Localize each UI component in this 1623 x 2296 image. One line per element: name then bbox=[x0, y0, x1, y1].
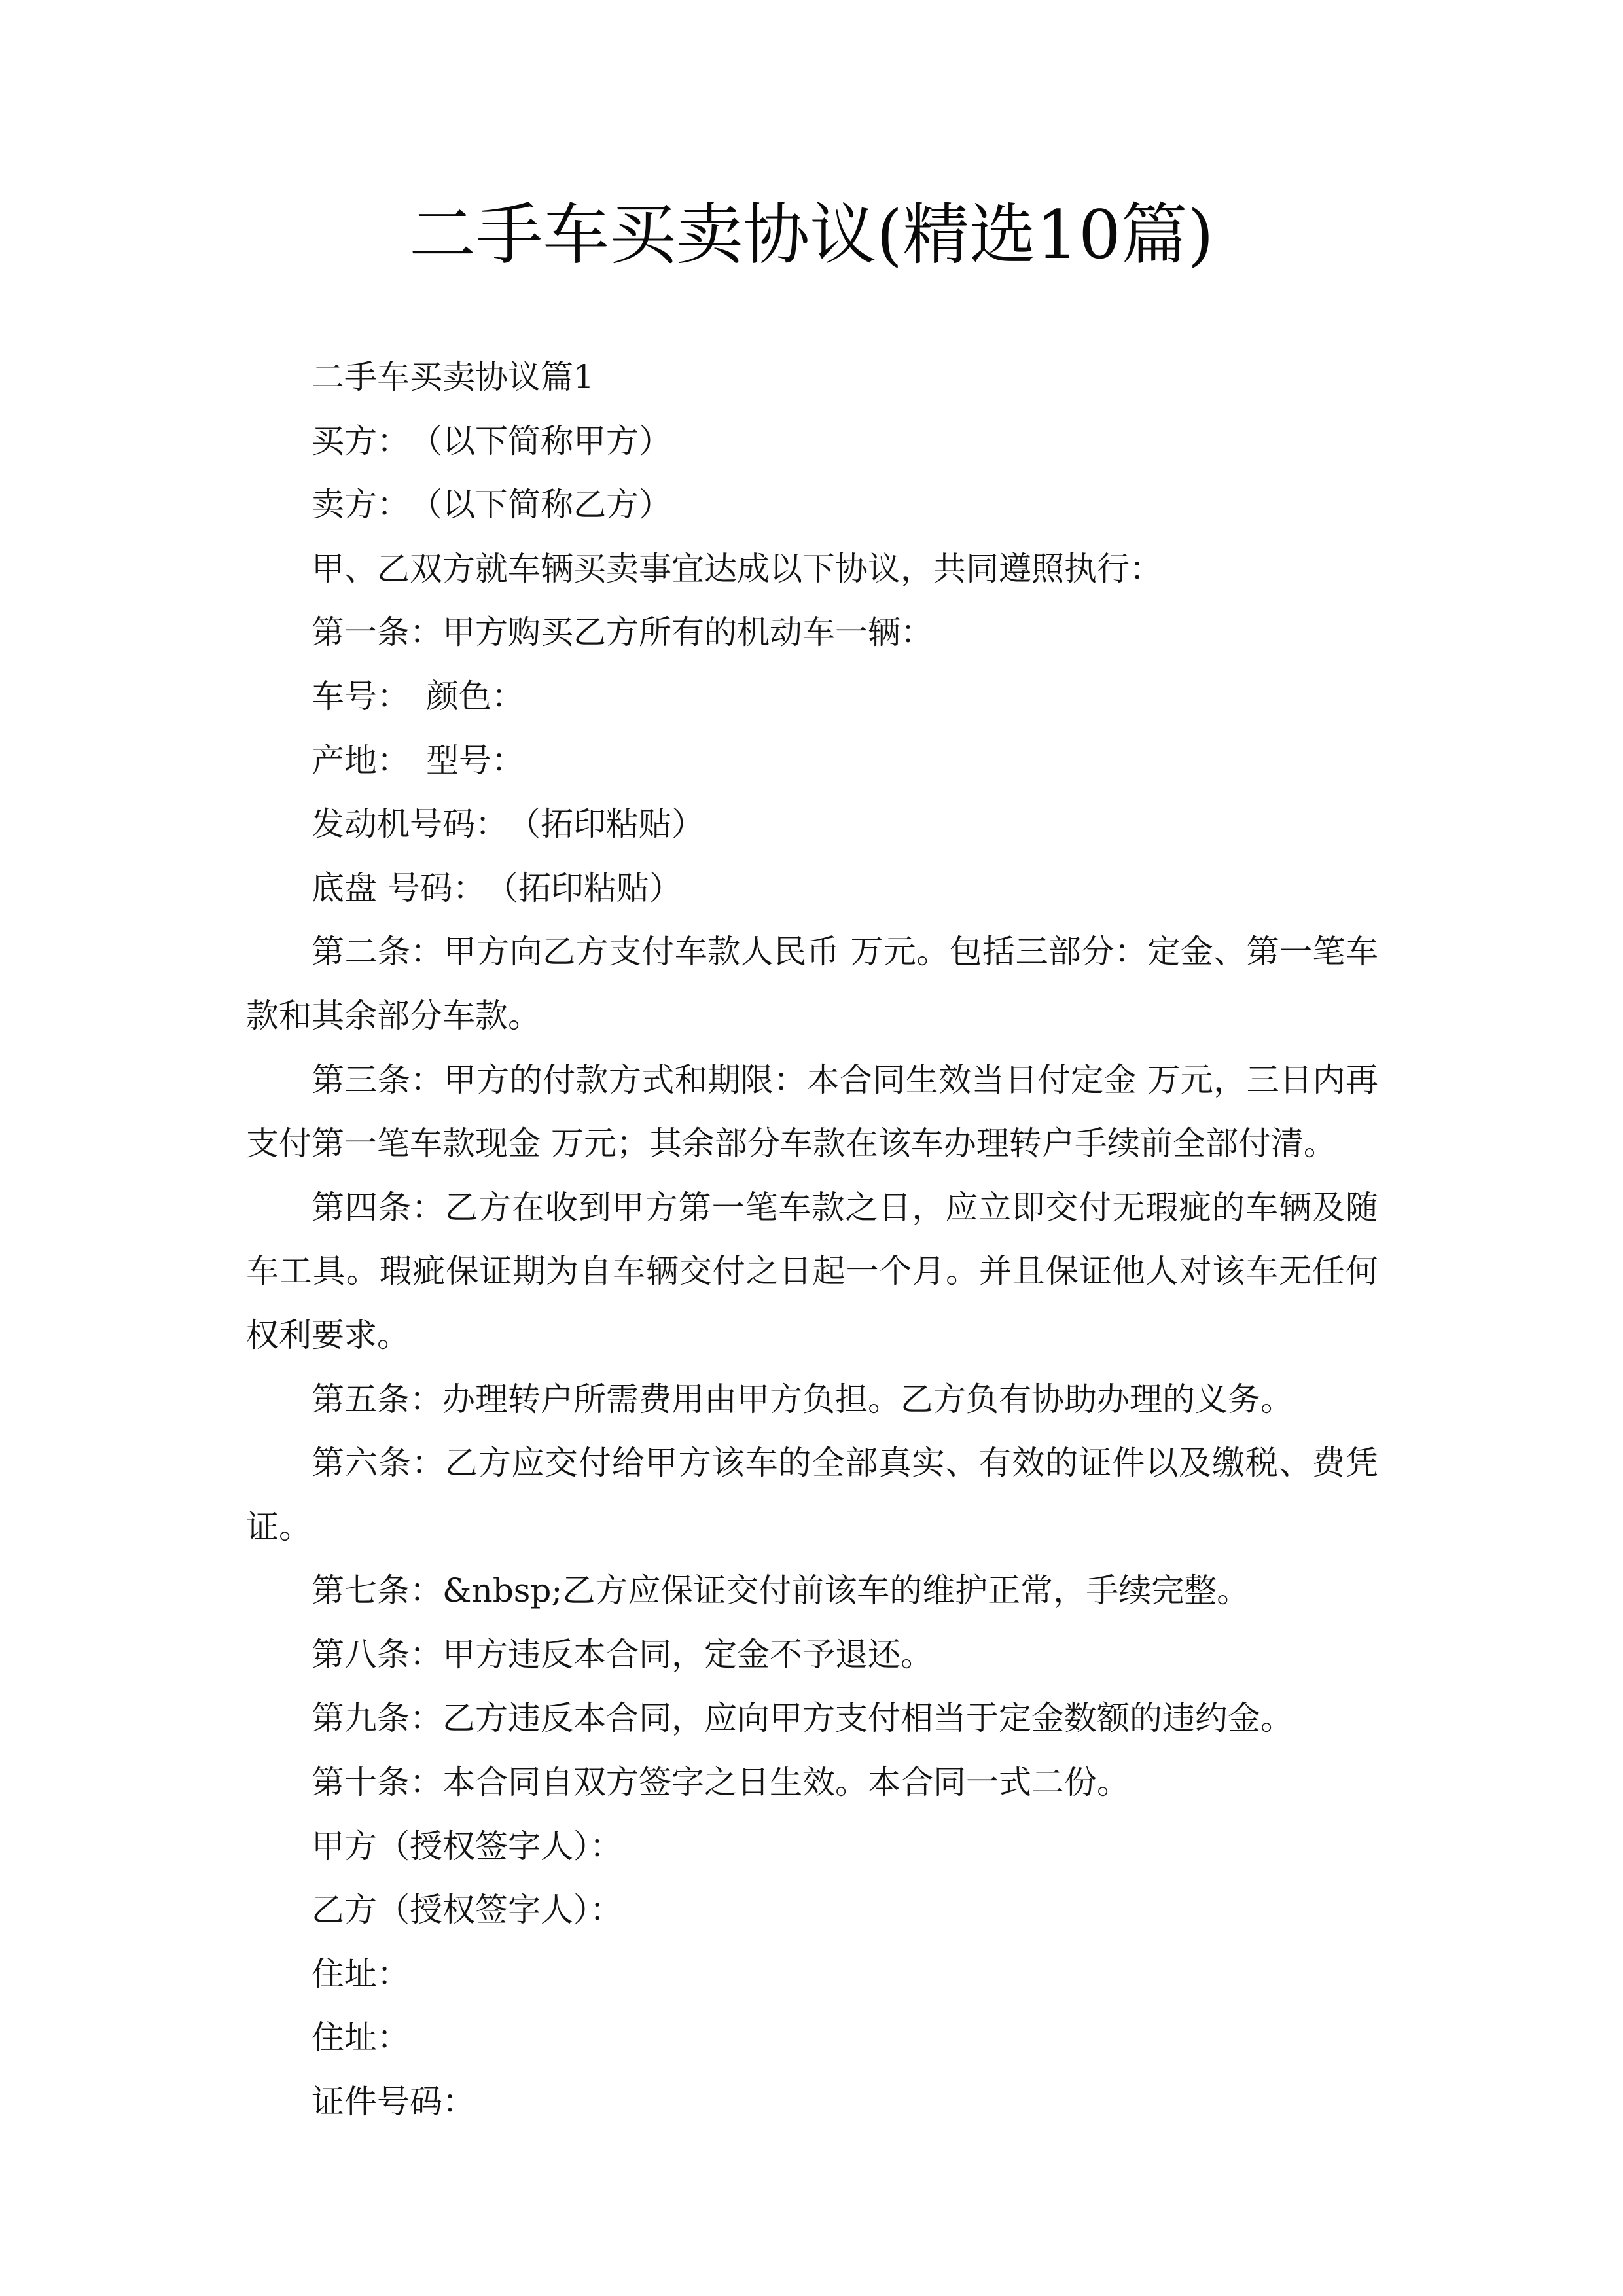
document-page: 二手车买卖协议(精选10篇) 二手车买卖协议篇1 买方： （以下简称甲方） 卖方… bbox=[0, 0, 1623, 2296]
engine-number-line: 发动机号码： （拓印粘贴） bbox=[246, 793, 1378, 857]
buyer-line: 买方： （以下简称甲方） bbox=[246, 410, 1378, 474]
origin-model-line: 产地： 型号： bbox=[246, 729, 1378, 793]
article-5: 第五条：办理转户所需费用由甲方负担。乙方负有协助办理的义务。 bbox=[246, 1368, 1378, 1432]
article-1: 第一条：甲方购买乙方所有的机动车一辆： bbox=[246, 601, 1378, 665]
address-line-2: 住址： bbox=[246, 2006, 1378, 2070]
article-3: 第三条：甲方的付款方式和期限：本合同生效当日付定金 万元，三日内再支付第一笔车款… bbox=[246, 1049, 1378, 1176]
article-6: 第六条：乙方应交付给甲方该车的全部真实、有效的证件以及缴税、费凭证。 bbox=[246, 1431, 1378, 1559]
party-a-signature-line: 甲方（授权签字人）： bbox=[246, 1815, 1378, 1879]
article-10: 第十条：本合同自双方签字之日生效。本合同一式二份。 bbox=[246, 1751, 1378, 1815]
article-2: 第二条：甲方向乙方支付车款人民币 万元。包括三部分：定金、第一笔车款和其余部分车… bbox=[246, 920, 1378, 1048]
article-4: 第四条：乙方在收到甲方第一笔车款之日，应立即交付无瑕疵的车辆及随车工具。瑕疵保证… bbox=[246, 1176, 1378, 1368]
party-b-signature-line: 乙方（授权签字人）： bbox=[246, 1878, 1378, 1943]
article-8: 第八条：甲方违反本合同，定金不予退还。 bbox=[246, 1623, 1378, 1687]
section-heading: 二手车买卖协议篇1 bbox=[246, 346, 1378, 410]
article-7: 第七条：&nbsp;乙方应保证交付前该车的维护正常，手续完整。 bbox=[246, 1559, 1378, 1623]
id-number-line: 证件号码： bbox=[246, 2070, 1378, 2134]
agreement-intro: 甲、乙双方就车辆买卖事宜达成以下协议，共同遵照执行： bbox=[246, 537, 1378, 601]
chassis-number-line: 底盘 号码： （拓印粘贴） bbox=[246, 857, 1378, 921]
article-9: 第九条：乙方违反本合同，应向甲方支付相当于定金数额的违约金。 bbox=[246, 1687, 1378, 1751]
document-body: 二手车买卖协议篇1 买方： （以下简称甲方） 卖方： （以下简称乙方） 甲、乙双… bbox=[246, 346, 1378, 2134]
seller-line: 卖方： （以下简称乙方） bbox=[246, 473, 1378, 537]
document-title: 二手车买卖协议(精选10篇) bbox=[0, 190, 1623, 281]
plate-color-line: 车号： 颜色： bbox=[246, 665, 1378, 729]
address-line-1: 住址： bbox=[246, 1943, 1378, 2007]
